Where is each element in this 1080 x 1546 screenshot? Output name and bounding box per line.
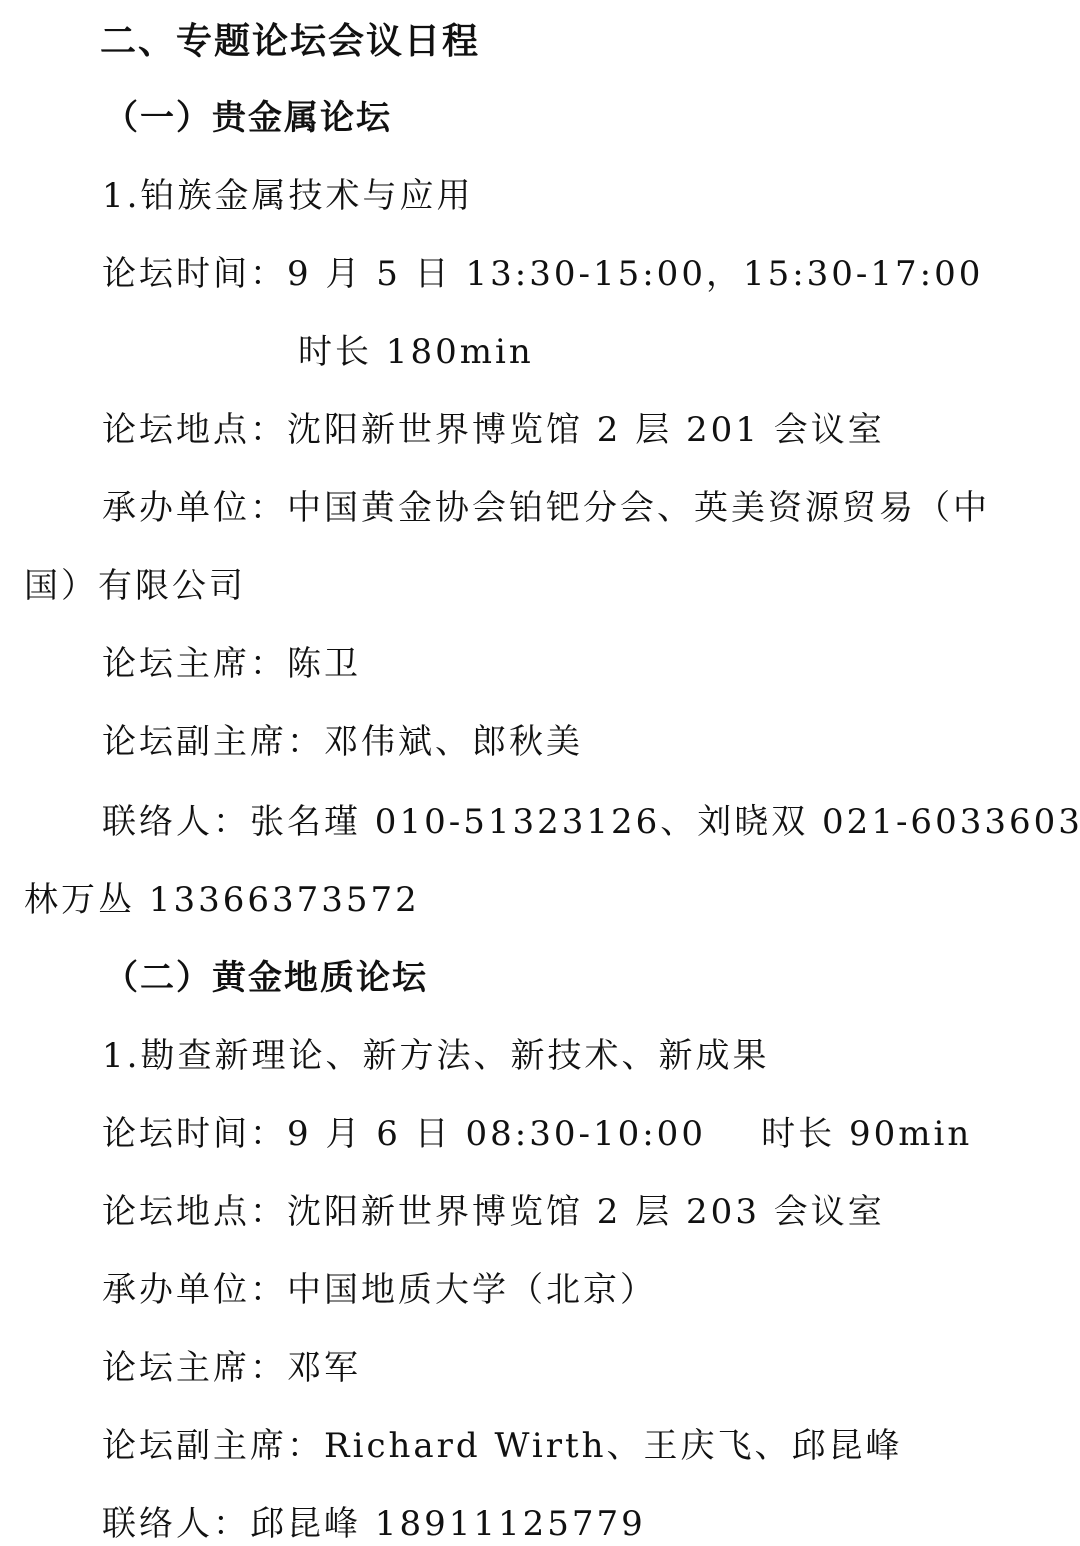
time-value: 9 月 5 日 13:30-15:00，15:30-17:00 (287, 254, 983, 294)
chair-label: 论坛主席： (102, 644, 287, 684)
chair-value: 陈卫 (287, 644, 361, 684)
vice-chair-value: Richard Wirth、王庆飞、邱昆峰 (324, 1426, 903, 1466)
contact-value: 张名瑾 010-51323126、刘晓双 021-60336030、 (250, 802, 1080, 842)
forum-location: 论坛地点：沈阳新世界博览馆 2 层 201 会议室 (102, 410, 885, 450)
section-title: 二、专题论坛会议日程 (100, 22, 480, 62)
forum-heading: （二）黄金地质论坛 (104, 958, 428, 998)
location-value: 沈阳新世界博览馆 2 层 203 会议室 (287, 1192, 885, 1232)
contact-label: 联络人： (102, 802, 250, 842)
forum-contact: 联络人：邱昆峰 18911125779 (102, 1504, 646, 1544)
forum-organizer: 承办单位：中国黄金协会铂钯分会、英美资源贸易（中 (102, 488, 990, 528)
contact-label: 联络人： (102, 1504, 250, 1544)
organizer-label: 承办单位： (102, 488, 287, 528)
forum-topic: 1.勘查新理论、新方法、新技术、新成果 (102, 1036, 769, 1076)
forum-vice-chair: 论坛副主席：Richard Wirth、王庆飞、邱昆峰 (102, 1426, 903, 1466)
forum-location: 论坛地点：沈阳新世界博览馆 2 层 203 会议室 (102, 1192, 885, 1232)
forum-heading: （一）贵金属论坛 (104, 98, 392, 138)
location-label: 论坛地点： (102, 1192, 287, 1232)
forum-organizer-continued: 国）有限公司 (24, 566, 246, 606)
forum-duration: 时长 180min (298, 332, 534, 372)
forum-chair: 论坛主席：邓军 (102, 1348, 361, 1388)
location-label: 论坛地点： (102, 410, 287, 450)
forum-contact-continued: 林万丛 13366373572 (24, 880, 420, 920)
time-value: 9 月 6 日 08:30-10:00 时长 90min (287, 1114, 972, 1154)
vice-chair-value: 邓伟斌、郎秋美 (324, 722, 583, 762)
contact-value: 邱昆峰 18911125779 (250, 1504, 646, 1544)
organizer-value: 中国黄金协会铂钯分会、英美资源贸易（中 (287, 488, 990, 528)
forum-vice-chair: 论坛副主席：邓伟斌、郎秋美 (102, 722, 583, 762)
forum-organizer: 承办单位：中国地质大学（北京） (102, 1270, 657, 1310)
vice-chair-label: 论坛副主席： (102, 722, 324, 762)
time-label: 论坛时间： (102, 254, 287, 294)
chair-label: 论坛主席： (102, 1348, 287, 1388)
forum-time: 论坛时间：9 月 5 日 13:30-15:00，15:30-17:00 (102, 254, 983, 294)
organizer-value: 中国地质大学（北京） (287, 1270, 657, 1310)
forum-topic: 1.铂族金属技术与应用 (102, 176, 473, 216)
organizer-label: 承办单位： (102, 1270, 287, 1310)
forum-chair: 论坛主席：陈卫 (102, 644, 361, 684)
chair-value: 邓军 (287, 1348, 361, 1388)
time-label: 论坛时间： (102, 1114, 287, 1154)
forum-time: 论坛时间：9 月 6 日 08:30-10:00 时长 90min (102, 1114, 972, 1154)
location-value: 沈阳新世界博览馆 2 层 201 会议室 (287, 410, 885, 450)
forum-contact: 联络人：张名瑾 010-51323126、刘晓双 021-60336030、 (102, 802, 1080, 842)
vice-chair-label: 论坛副主席： (102, 1426, 324, 1466)
